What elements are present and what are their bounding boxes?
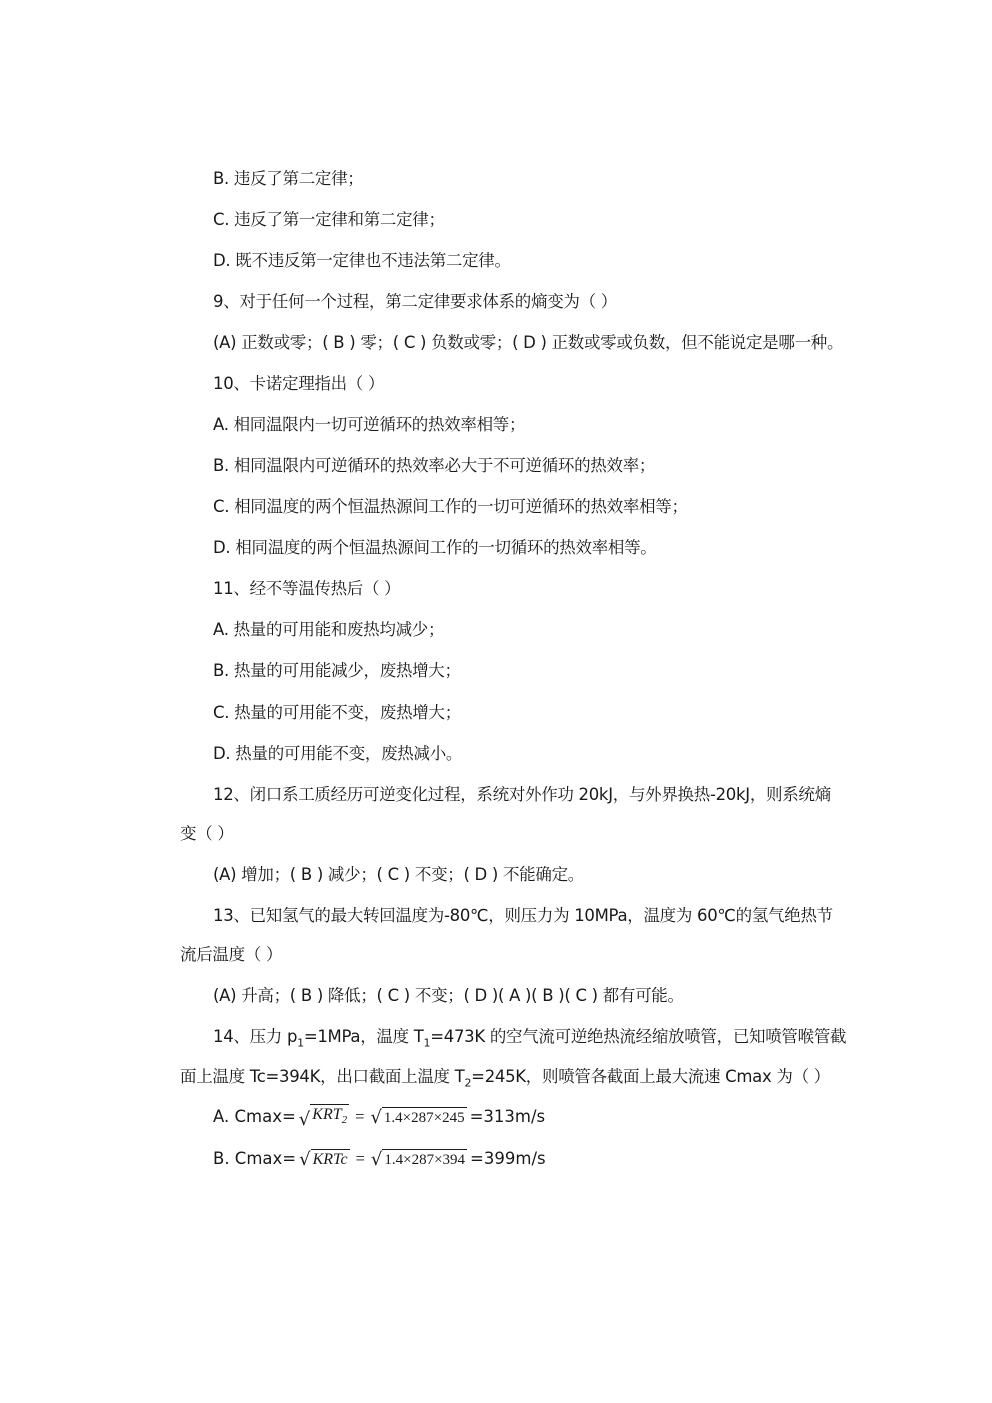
radicand: KRTc [311, 1149, 350, 1170]
q8-option-b: B. 违反了第二定律； [213, 168, 364, 190]
radicand-text: KRT [312, 1106, 341, 1123]
formula-label: B. Cmax= [213, 1146, 296, 1172]
q12-question: 12、闭口系工质经历可逆变化过程，系统对外作功 20kJ，与外界换热-20kJ，… [213, 784, 831, 806]
radical-icon: √ [299, 1150, 310, 1170]
q11-option-a: A. 热量的可用能和废热均减少； [213, 619, 444, 641]
radicand-text: KRTc [313, 1151, 348, 1168]
q10-option-d: D. 相同温度的两个恒温热源间工作的一切循环的热效率相等。 [213, 537, 657, 559]
radical-icon: √ [299, 1110, 310, 1130]
q10-option-a: A. 相同温限内一切可逆循环的热效率相等； [213, 414, 525, 436]
formula-label: A. Cmax= [213, 1104, 296, 1130]
q13-options: (A) 升高；( B ) 降低；( C ) 不变；( D )( A )( B )… [213, 985, 684, 1007]
q14-text-part: 面上温度 Tc=394K，出口截面上温度 T [180, 1067, 464, 1086]
q8-option-d: D. 既不违反第一定律也不违法第二定律。 [213, 250, 511, 272]
radical-icon: √ [371, 1150, 382, 1170]
q14-text-part: 14、压力 p [213, 1027, 297, 1046]
q11-question: 11、经不等温传热后（ ） [213, 578, 400, 600]
q11-option-d: D. 热量的可用能不变，废热减小。 [213, 743, 462, 765]
q14-text-part: =245K，则喷管各截面上最大流速 Cmax 为（ ） [471, 1067, 830, 1086]
q8-option-c: C. 违反了第一定律和第二定律； [213, 209, 445, 231]
q14-question-continuation: 面上温度 Tc=394K，出口截面上温度 T2=245K，则喷管各截面上最大流速… [180, 1066, 830, 1094]
q14-option-a-formula: A. Cmax= √ KRT2 = √ 1.4×287×245 =313m/s [213, 1104, 545, 1130]
q10-option-c: C. 相同温度的两个恒温热源间工作的一切可逆循环的热效率相等； [213, 496, 688, 518]
q11-option-c: C. 热量的可用能不变，废热增大； [213, 702, 461, 724]
formula-result: =399m/s [470, 1146, 546, 1172]
q12-options: (A) 增加；( B ) 减少；( C ) 不变；( D ) 不能确定。 [213, 864, 584, 886]
q14-text-part: =1MPa，温度 T [304, 1027, 424, 1046]
q14-text-part: =473K 的空气流可逆绝热流经缩放喷管，已知喷管喉管截 [430, 1027, 846, 1046]
radicand: KRT2 [310, 1104, 349, 1130]
document-page: B. 违反了第二定律； C. 违反了第一定律和第二定律； D. 既不违反第一定律… [0, 0, 992, 1403]
radicand-numeric: 1.4×287×245 [382, 1107, 467, 1128]
q14-option-b-formula: B. Cmax= √ KRTc = √ 1.4×287×394 =399m/s [213, 1146, 546, 1172]
q12-question-continuation: 变（ ） [180, 823, 234, 845]
q13-question-continuation: 流后温度（ ） [180, 944, 282, 966]
sqrt-symbolic: √ KRTc [299, 1149, 349, 1170]
subscript: 1 [297, 1036, 304, 1049]
q14-question: 14、压力 p1=1MPa，温度 T1=473K 的空气流可逆绝热流经缩放喷管，… [213, 1026, 846, 1054]
q10-option-b: B. 相同温限内可逆循环的热效率必大于不可逆循环的热效率； [213, 455, 655, 477]
sqrt-symbolic: √ KRT2 [299, 1104, 349, 1130]
radicand-numeric: 1.4×287×394 [382, 1149, 467, 1170]
formula-result: =313m/s [470, 1104, 546, 1130]
equals-sign: = [356, 1146, 365, 1172]
q13-question: 13、已知氢气的最大转回温度为-80℃，则压力为 10MPa，温度为 60℃的氢… [213, 905, 833, 927]
q10-question: 10、卡诺定理指出（ ） [213, 373, 384, 395]
sqrt-numeric: √ 1.4×287×245 [370, 1107, 466, 1128]
radical-icon: √ [370, 1108, 381, 1128]
q11-option-b: B. 热量的可用能减少，废热增大； [213, 660, 461, 682]
subscript: 2 [342, 1114, 348, 1126]
q9-question: 9、对于任何一个过程，第二定律要求体系的熵变为（ ） [213, 291, 617, 313]
equals-sign: = [355, 1104, 364, 1130]
q9-options: (A) 正数或零；( B ) 零；( C ) 负数或零；( D ) 正数或零或负… [213, 332, 843, 354]
sqrt-numeric: √ 1.4×287×394 [371, 1149, 467, 1170]
